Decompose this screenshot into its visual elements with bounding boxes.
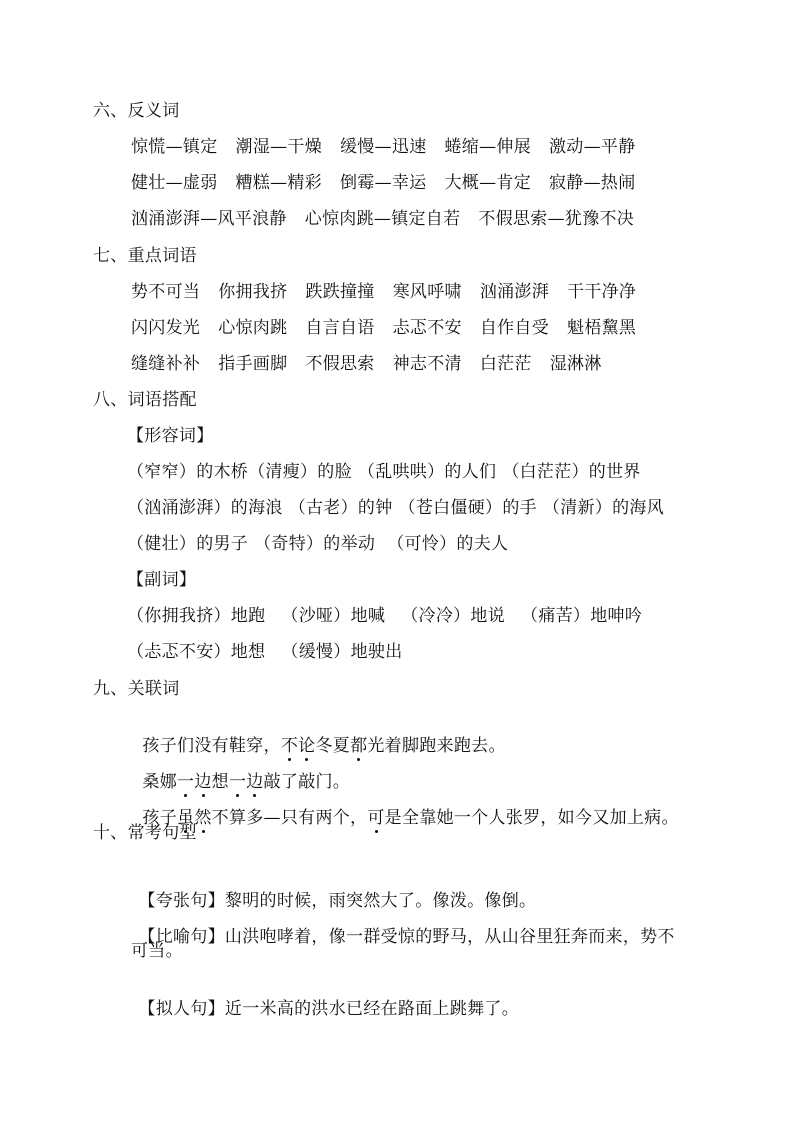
collocation: （清新）的海风	[543, 497, 664, 519]
antonym-pair: 激动—平静	[549, 136, 636, 158]
pattern-text: 山洪咆哮着，像一群受惊的野马，从山谷里狂奔而来，势不	[225, 927, 675, 947]
pattern-text: 近一米高的洪水已经在路面上跳舞了。	[225, 999, 519, 1019]
adjective-row: （健壮）的男子 （奇特）的举动 （可怜）的夫人	[127, 533, 508, 555]
sentence-pattern-personification: 【拟人句】近一米高的洪水已经在路面上跳舞了。	[127, 976, 519, 1020]
collocation: （汹涌澎湃）的海浪	[127, 497, 283, 519]
key-word: 心惊肉跳	[218, 317, 287, 339]
antonym-row: 惊慌—镇定 潮湿—干燥 缓慢—迅速 蜷缩—伸展 激动—平静	[131, 136, 636, 158]
antonym-pair: 惊慌—镇定	[131, 136, 218, 158]
antonym-pair: 不假思索—犹豫不决	[478, 208, 634, 230]
collocation: （忐忑不安）地想	[127, 641, 265, 663]
key-word: 自言自语	[305, 317, 374, 339]
key-word: 忐忑不安	[393, 317, 462, 339]
collocation: （可怜）的夫人	[387, 533, 508, 555]
key-word: 汹涌澎湃	[480, 281, 549, 303]
adverb-row: （你拥我挤）地跑 （沙哑）地喊 （冷冷）地说 （痛苦）地呻吟	[127, 605, 642, 627]
key-word: 自作自受	[480, 317, 549, 339]
key-word: 你拥我挤	[218, 281, 287, 303]
key-word: 白茫茫	[480, 353, 532, 375]
key-word: 势不可当	[131, 281, 200, 303]
collocation: （缓慢）地驶出	[281, 641, 402, 663]
collocation: （白茫茫）的世界	[502, 461, 640, 483]
key-words-row: 缝缝补补 指手画脚 不假思索 神志不清 白茫茫 湿淋淋	[131, 353, 602, 375]
conjunction-sentence: 孩子虽然不算多—只有两个，可是全靠她一个人张罗，如今又加上病。	[131, 785, 679, 829]
key-word: 寒风呼啸	[393, 281, 462, 303]
section-heading-antonyms: 六、反义词	[93, 100, 180, 122]
antonym-pair: 潮湿—干燥	[236, 136, 323, 158]
collocation: （古老）的钟	[289, 497, 393, 519]
sentence-pattern-simile: 【比喻句】山洪咆哮着，像一群受惊的野马，从山谷里狂奔而来，势不	[127, 904, 675, 948]
collocation: （沙哑）地喊	[281, 605, 385, 627]
collocation: （健壮）的男子	[127, 533, 248, 555]
antonym-pair: 大概—肯定	[445, 172, 532, 194]
collocation: （苍白僵硬）的手	[399, 497, 537, 519]
sentence-pattern-simile-continuation: 可当。	[131, 940, 183, 962]
antonym-pair: 缓慢—迅速	[340, 136, 427, 158]
collocation: （你拥我挤）地跑	[127, 605, 265, 627]
section-heading-key-words: 七、重点词语	[93, 245, 197, 267]
antonym-pair: 汹涌澎湃—风平浪静	[131, 208, 287, 230]
collocation: （窄窄）的木桥（清瘦）的脸	[127, 461, 352, 483]
key-word: 指手画脚	[218, 353, 287, 375]
section-heading-collocations: 八、词语搭配	[93, 389, 197, 411]
antonym-pair: 寂静—热闹	[549, 172, 636, 194]
adverb-row: （忐忑不安）地想 （缓慢）地驶出	[127, 641, 403, 663]
key-word: 神志不清	[393, 353, 462, 375]
key-word: 不假思索	[305, 353, 374, 375]
key-word: 跌跌撞撞	[305, 281, 374, 303]
collocation: （冷冷）地说	[401, 605, 505, 627]
section-heading-conjunctions: 九、关联词	[93, 678, 180, 700]
emphasized-char: 都	[350, 735, 367, 757]
sentence-text: 不算多—只有两个，	[212, 808, 368, 828]
antonym-pair: 健壮—虚弱	[131, 172, 218, 194]
adjective-row: （汹涌澎湃）的海浪 （古老）的钟 （苍白僵硬）的手 （清新）的海风	[127, 497, 664, 519]
key-word: 闪闪发光	[131, 317, 200, 339]
section-heading-sentence-patterns: 十、常考句型	[93, 822, 197, 844]
emphasized-char: 可	[367, 807, 384, 829]
collocation: （乱哄哄）的人们	[358, 461, 496, 483]
pattern-label: 【拟人句】	[138, 999, 225, 1019]
key-word: 湿淋淋	[550, 353, 602, 375]
sentence-text: 光着脚跑来跑去。	[367, 736, 505, 756]
key-word: 干干净净	[567, 281, 636, 303]
key-word: 缝缝补补	[131, 353, 200, 375]
antonym-pair: 倒霉—幸运	[340, 172, 427, 194]
adjective-row: （窄窄）的木桥（清瘦）的脸 （乱哄哄）的人们 （白茫茫）的世界	[127, 461, 641, 483]
antonym-row: 汹涌澎湃—风平浪静 心惊肉跳—镇定自若 不假思索—犹豫不决	[131, 208, 634, 230]
subheading-adverbs: 【副词】	[127, 569, 196, 591]
collocation: （痛苦）地呻吟	[521, 605, 642, 627]
antonym-row: 健壮—虚弱 糟糕—精彩 倒霉—幸运 大概—肯定 寂静—热闹	[131, 172, 636, 194]
key-word: 魁梧黧黑	[567, 317, 636, 339]
antonym-pair: 心惊肉跳—镇定自若	[305, 208, 461, 230]
collocation: （奇特）的举动	[254, 533, 375, 555]
subheading-adjectives: 【形容词】	[127, 425, 214, 447]
antonym-pair: 糟糕—精彩	[236, 172, 323, 194]
antonym-pair: 蜷缩—伸展	[445, 136, 532, 158]
emphasized-char: 然	[194, 807, 211, 829]
key-words-row: 闪闪发光 心惊肉跳 自言自语 忐忑不安 自作自受 魁梧黧黑	[131, 317, 636, 339]
key-words-row: 势不可当 你拥我挤 跌跌撞撞 寒风呼啸 汹涌澎湃 干干净净	[131, 281, 636, 303]
sentence-text: 是全靠她一个人张罗，如今又加上病。	[385, 808, 679, 828]
